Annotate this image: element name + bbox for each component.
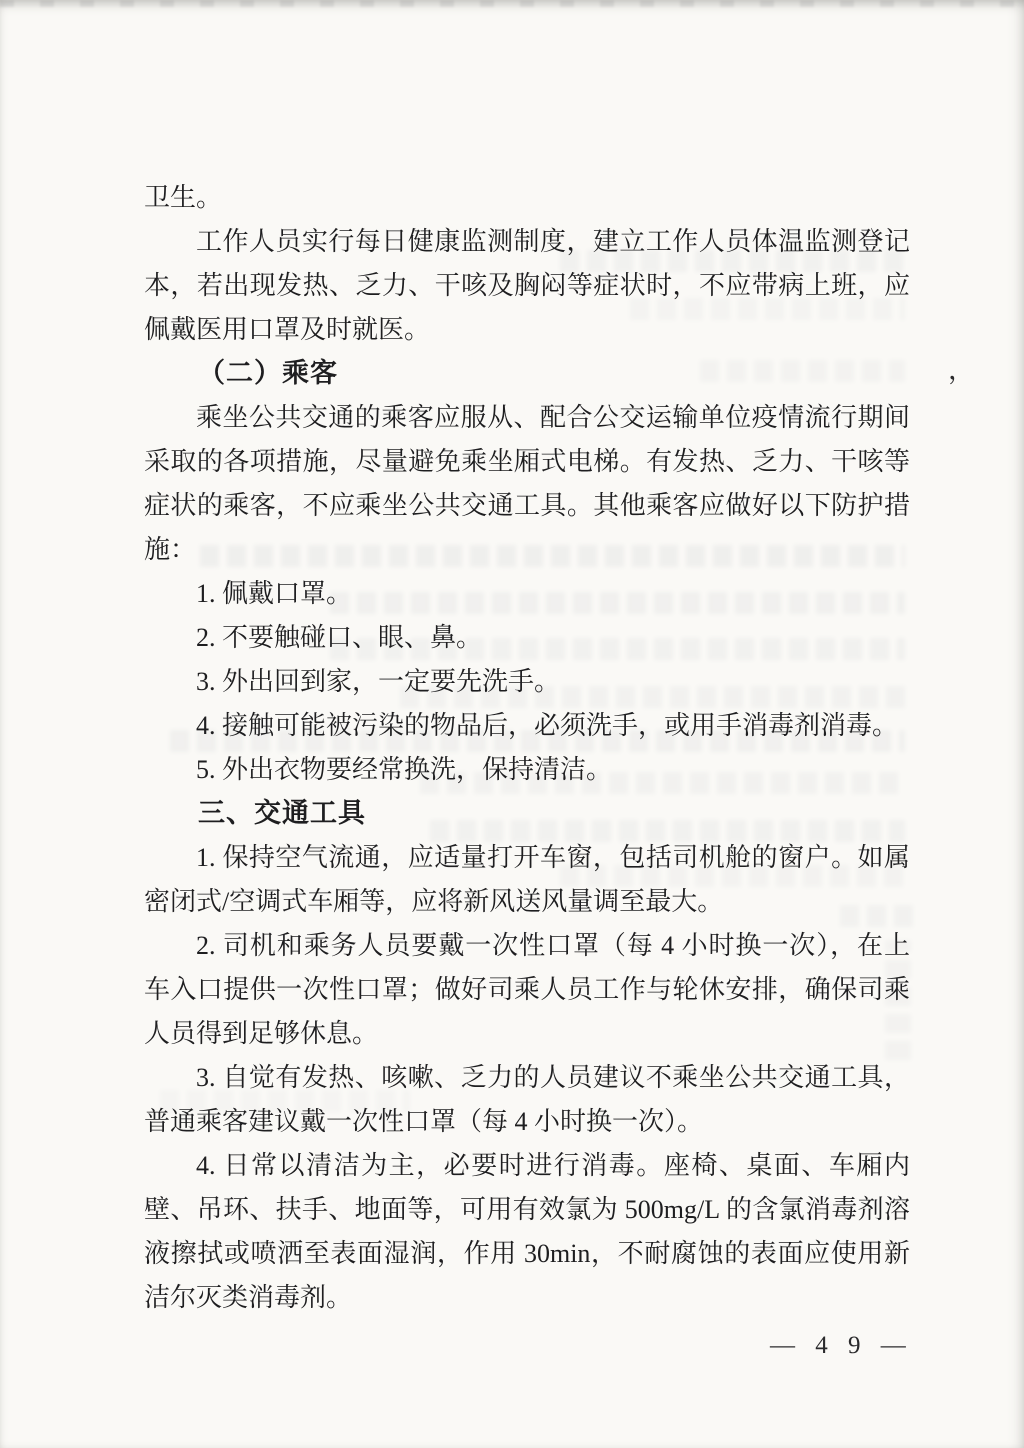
heading-section-passengers: （二）乘客 <box>144 352 910 396</box>
passenger-measure-item: 5. 外出衣物要经常换洗，保持清洁。 <box>144 748 910 792</box>
passenger-measure-item: 2. 不要触碰口、眼、鼻。 <box>144 616 910 660</box>
passenger-measure-item: 1. 佩戴口罩。 <box>144 572 910 616</box>
passenger-measure-item: 4. 接触可能被污染的物品后，必须洗手，或用手消毒剂消毒。 <box>144 704 910 748</box>
paragraph-passenger-guidance: 乘坐公共交通的乘客应服从、配合公交运输单位疫情流行期间采取的各项措施，尽量避免乘… <box>144 396 910 572</box>
transport-measure-item: 3. 自觉有发热、咳嗽、乏力的人员建议不乘坐公共交通工具，普通乘客建议戴一次性口… <box>144 1056 910 1144</box>
page-number: — 4 9 — <box>770 1332 913 1360</box>
transport-measure-item: 1. 保持空气流通，应适量打开车窗，包括司机舱的窗户。如属密闭式/空调式车厢等，… <box>144 836 910 924</box>
heading-section-transport-vehicles: 三、交通工具 <box>144 792 910 836</box>
scanned-document-page: 卫生。 工作人员实行每日健康监测制度，建立工作人员体温监测登记本，若出现发热、乏… <box>0 0 1024 1448</box>
paragraph-continuation: 卫生。 <box>144 176 910 220</box>
paragraph-staff-health-monitoring: 工作人员实行每日健康监测制度，建立工作人员体温监测登记本，若出现发热、乏力、干咳… <box>144 220 910 352</box>
transport-measure-item: 4. 日常以清洁为主，必要时进行消毒。座椅、桌面、车厢内壁、吊环、扶手、地面等，… <box>144 1144 910 1320</box>
passenger-measure-item: 3. 外出回到家，一定要先洗手。 <box>144 660 910 704</box>
document-body: 卫生。 工作人员实行每日健康监测制度，建立工作人员体温监测登记本，若出现发热、乏… <box>144 176 910 1320</box>
transport-measure-item: 2. 司机和乘务人员要戴一次性口罩（每 4 小时换一次），在上车入口提供一次性口… <box>144 924 910 1056</box>
stray-ink-mark: ， <box>948 348 975 387</box>
